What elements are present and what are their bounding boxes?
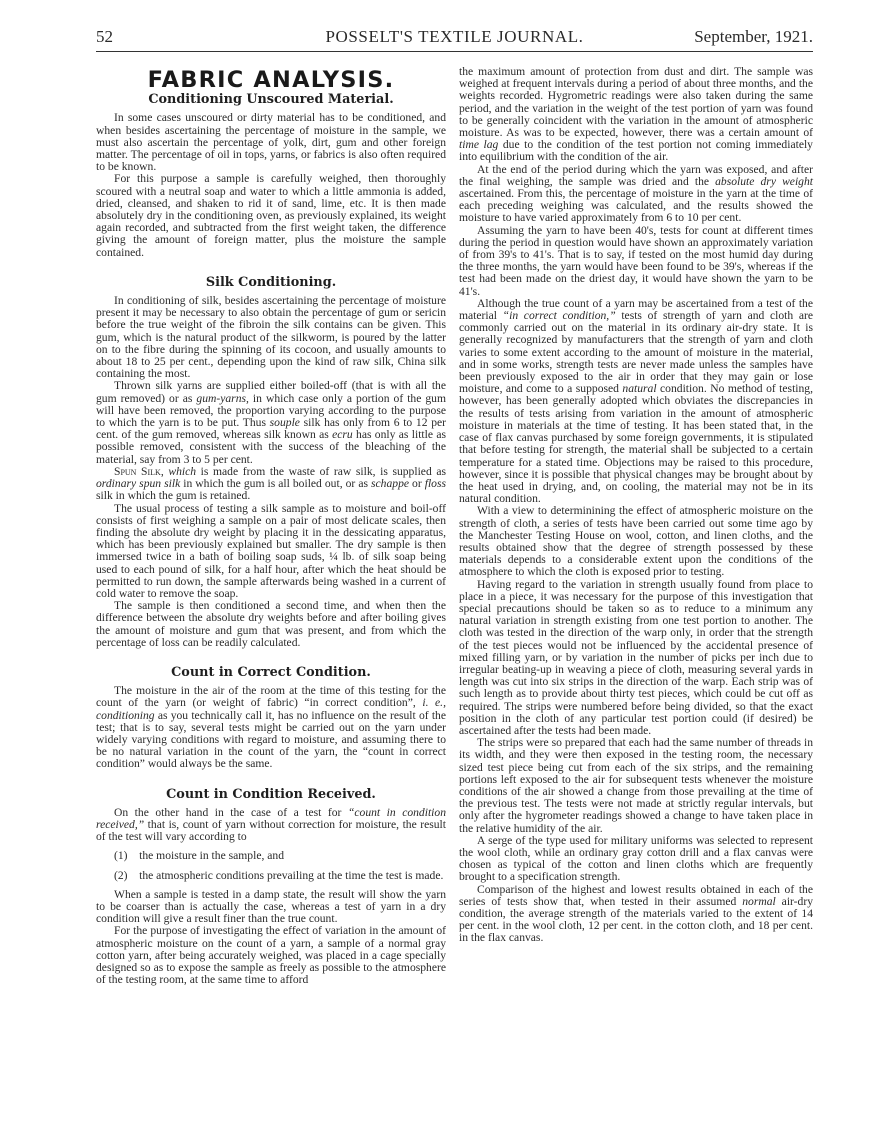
paragraph: The strips were so prepared that each ha… bbox=[459, 737, 813, 835]
paragraph: When a sample is tested in a damp state,… bbox=[96, 889, 446, 926]
paragraph: In some cases unscoured or dirty materia… bbox=[96, 112, 446, 173]
paragraph: For this purpose a sample is carefully w… bbox=[96, 173, 446, 258]
article-title: FABRIC ANALYSIS. bbox=[96, 74, 446, 86]
right-column: the maximum amount of protection from du… bbox=[459, 66, 813, 945]
paragraph: Assuming the yarn to have been 40's, tes… bbox=[459, 225, 813, 298]
paragraph: The usual process of testing a silk samp… bbox=[96, 503, 446, 601]
paragraph: Comparison of the highest and lowest res… bbox=[459, 884, 813, 945]
paragraph: At the end of the period during which th… bbox=[459, 164, 813, 225]
paragraph: A serge of the type used for military un… bbox=[459, 835, 813, 884]
section-heading: Count in Correct Condition. bbox=[96, 667, 446, 679]
header-rule bbox=[96, 51, 813, 52]
numbered-list: (1) the moisture in the sample, and (2) … bbox=[96, 850, 446, 881]
section-heading: Conditioning Unscoured Material. bbox=[96, 94, 446, 106]
running-header: 52 POSSELT'S TEXTILE JOURNAL. September,… bbox=[96, 27, 813, 49]
paragraph: The moisture in the air of the room at t… bbox=[96, 685, 446, 770]
paragraph: For the purpose of investigating the eff… bbox=[96, 925, 446, 986]
section-heading: Count in Condition Received. bbox=[96, 789, 446, 801]
list-item: (1) the moisture in the sample, and bbox=[96, 850, 446, 862]
list-item: (2) the atmospheric conditions prevailin… bbox=[96, 870, 446, 882]
paragraph: With a view to determinining the effect … bbox=[459, 505, 813, 578]
paragraph: The sample is then conditioned a second … bbox=[96, 600, 446, 649]
paragraph: In conditioning of silk, besides ascerta… bbox=[96, 295, 446, 380]
section-heading: Silk Conditioning. bbox=[96, 277, 446, 289]
paragraph: Spun Silk, which is made from the waste … bbox=[96, 466, 446, 503]
issue-date: September, 1921. bbox=[694, 27, 813, 47]
paragraph: the maximum amount of protection from du… bbox=[459, 66, 813, 164]
paragraph: Although the true count of a yarn may be… bbox=[459, 298, 813, 505]
paragraph: Thrown silk yarns are supplied either bo… bbox=[96, 380, 446, 465]
paragraph: Having regard to the variation in streng… bbox=[459, 579, 813, 738]
paragraph: On the other hand in the case of a test … bbox=[96, 807, 446, 844]
left-column: FABRIC ANALYSIS. Conditioning Unscoured … bbox=[96, 66, 446, 986]
